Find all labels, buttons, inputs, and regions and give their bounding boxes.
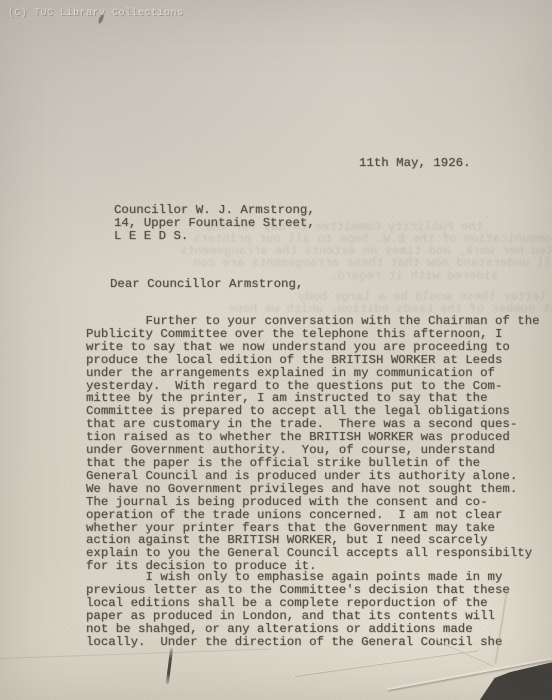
crease-line (0, 649, 270, 659)
body-paragraph-1: Further to your conversation with the Ch… (86, 315, 540, 573)
crease-line (295, 650, 478, 677)
salutation: Dear Councillor Armstrong, (110, 278, 303, 291)
bleedthrough-line: you will understand now that these arran… (193, 257, 552, 270)
letter-date: 11th May, 1926. (359, 157, 471, 170)
scanned-letter-page: (C) TUC Library Collections the Publicit… (0, 0, 552, 700)
pen-mark (166, 648, 173, 684)
body-paragraph-2: I wish only to emphasise again points ma… (86, 571, 510, 648)
recipient-address: Councillor W. J. Armstrong, 14, Upper Fo… (114, 204, 315, 244)
bleedthrough-line: sidered with it regard. (330, 270, 498, 283)
library-watermark: (C) TUC Library Collections (8, 8, 184, 19)
